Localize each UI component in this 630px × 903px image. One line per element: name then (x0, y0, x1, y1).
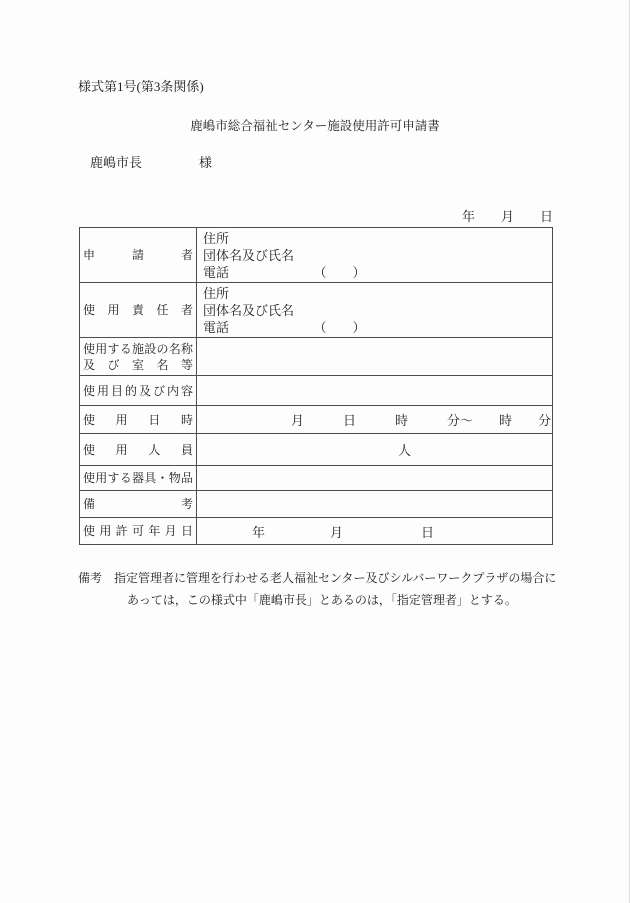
row-label-remarks: 備考 (80, 491, 197, 517)
cell-purpose-blank (197, 376, 552, 405)
row-label-applicant: 申請者 (80, 228, 197, 282)
row-label-use-responsible: 使用責任者 (80, 283, 197, 337)
cell-attendees-unit: 人 (197, 434, 552, 465)
table-row-attendees: 使用人員 人 (80, 434, 552, 466)
cell-equipment-blank (197, 466, 552, 490)
footer-note-line1: 備考 指定管理者に管理を行わせる老人福祉センター及びシルバーワークプラザの場合に (78, 567, 564, 589)
row-label-equipment: 使用する器具・物品 (80, 466, 197, 490)
document-page: 様式第1号(第3条関係) 鹿嶋市総合福祉センター施設使用許可申請書 鹿嶋市長様 … (0, 0, 630, 903)
table-row-use-responsible: 使用責任者 住所 団体名及び氏名 電話 （ ） (80, 283, 552, 338)
cell-permit-date-units: 年 月 日 (197, 518, 552, 544)
row-label-purpose: 使用目的及び内容 (80, 376, 197, 405)
table-row-facility-name: 使用する施設の名称 及び室名等 (80, 338, 552, 376)
row-label-attendees: 使用人員 (80, 434, 197, 465)
table-row-remarks: 備考 (80, 491, 552, 518)
row-label-permit-date: 使用許可年月日 (80, 518, 197, 544)
cell-facility-name-blank (197, 338, 552, 375)
cell-use-responsible-details: 住所 団体名及び氏名 電話 （ ） (197, 283, 552, 337)
table-row-use-datetime: 使用日時 月 日 時 分～ 時 分 (80, 406, 552, 434)
row-label-use-datetime: 使用日時 (80, 406, 197, 433)
issue-date-line: 年 月 日 (79, 206, 553, 225)
row-label-facility-name: 使用する施設の名称 及び室名等 (80, 338, 197, 375)
cell-applicant-details: 住所 団体名及び氏名 電話 （ ） (197, 228, 552, 282)
footer-note-line2: あっては，この様式中「鹿嶋市長」とあるのは，「指定管理者」とする。 (78, 589, 564, 611)
cell-use-datetime-units: 月 日 時 分～ 時 分 (197, 406, 552, 433)
form-number: 様式第1号(第3条関係) (78, 76, 204, 95)
honorific-label: 様 (199, 152, 212, 171)
cell-remarks-blank (197, 491, 552, 517)
table-row-permit-date: 使用許可年月日 年 月 日 (80, 518, 552, 544)
table-row-equipment: 使用する器具・物品 (80, 466, 552, 491)
addressee-line: 鹿嶋市長様 (90, 152, 212, 171)
table-row-purpose: 使用目的及び内容 (80, 376, 552, 406)
table-row-applicant: 申請者 住所 団体名及び氏名 電話 （ ） (80, 228, 552, 283)
document-title: 鹿嶋市総合福祉センター施設使用許可申請書 (0, 116, 630, 134)
addressee: 鹿嶋市長 (90, 155, 142, 170)
footer-note: 備考 指定管理者に管理を行わせる老人福祉センター及びシルバーワークプラザの場合に… (78, 567, 564, 611)
application-table: 申請者 住所 団体名及び氏名 電話 （ ） 使用責任者 住所 団体名及び氏名 電… (79, 227, 553, 545)
